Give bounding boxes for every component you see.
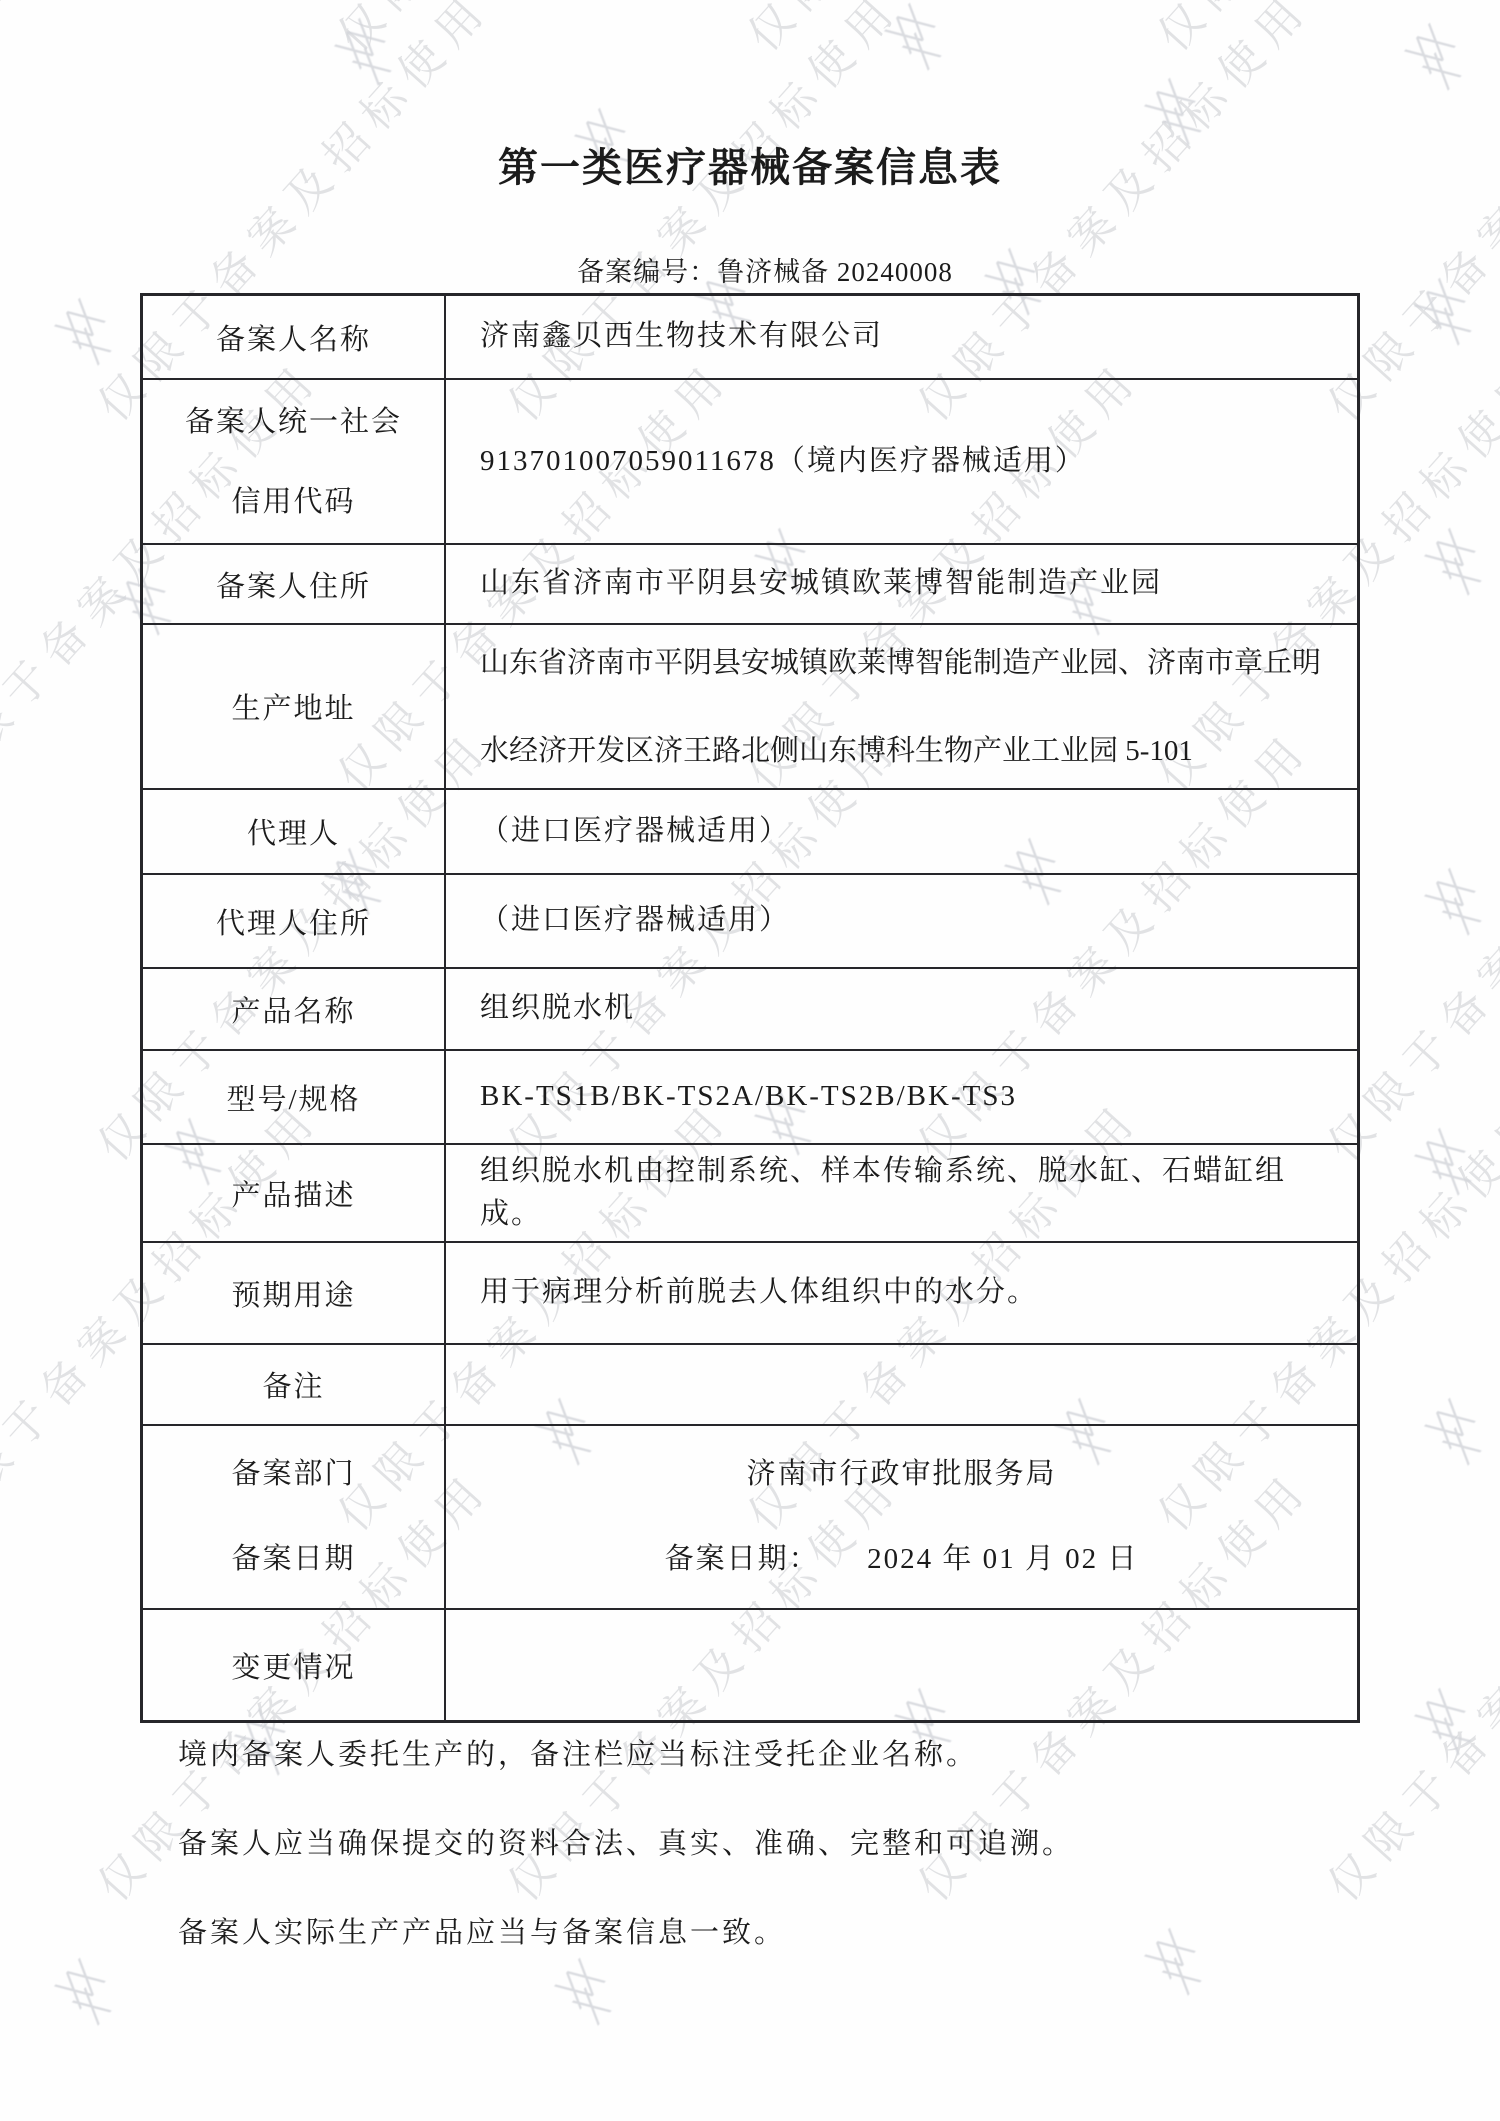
table-row: 型号/规格 BK-TS1B/BK-TS2A/BK-TS2B/BK-TS3 bbox=[143, 1049, 1357, 1143]
table-row: 备案部门 备案日期 济南市行政审批服务局 备案日期： 2024 年 01 月 0… bbox=[143, 1424, 1357, 1608]
watermark-artifact: ╳╳ ╳ bbox=[60, 303, 120, 362]
row-value: 山东省济南市平阴县安城镇欧莱博智能制造产业园 bbox=[446, 545, 1357, 623]
watermark-artifact: ╳╳ ╳ bbox=[890, 8, 950, 67]
filing-date: 备案日期： 2024 年 01 月 02 日 bbox=[665, 1517, 1139, 1602]
table-row: 生产地址 山东省济南市平阴县安城镇欧莱博智能制造产业园、济南市章丘明水经济开发区… bbox=[143, 623, 1357, 788]
row-label: 型号/规格 bbox=[143, 1051, 446, 1143]
table-row: 产品名称 组织脱水机 bbox=[143, 967, 1357, 1049]
row-value: 山东省济南市平阴县安城镇欧莱博智能制造产业园、济南市章丘明水经济开发区济王路北侧… bbox=[446, 625, 1357, 788]
row-value: （进口医疗器械适用） bbox=[446, 790, 1357, 873]
row-value bbox=[446, 1345, 1357, 1424]
watermark-artifact: ╳╳ ╳ bbox=[1420, 1133, 1480, 1192]
table-row: 备案人住所 山东省济南市平阴县安城镇欧莱博智能制造产业园 bbox=[143, 543, 1357, 623]
table-row: 备注 bbox=[143, 1343, 1357, 1424]
row-value bbox=[446, 1610, 1357, 1720]
row-value: 济南市行政审批服务局 备案日期： 2024 年 01 月 02 日 bbox=[446, 1426, 1357, 1608]
row-label: 备案人住所 bbox=[143, 545, 446, 623]
filing-department: 济南市行政审批服务局 bbox=[746, 1432, 1056, 1517]
note: 备案人应当确保提交的资料合法、真实、准确、完整和可追溯。 bbox=[178, 1827, 1378, 1861]
watermark-text: 仅限于备案及招标使用 bbox=[1140, 0, 1500, 63]
row-value: 济南鑫贝西生物技术有限公司 bbox=[446, 296, 1357, 378]
filing-info-table: 备案人名称 济南鑫贝西生物技术有限公司 备案人统一社会 信用代码 9137010… bbox=[140, 293, 1360, 1723]
note: 境内备案人委托生产的，备注栏应当标注受托企业名称。 bbox=[178, 1738, 1378, 1772]
row-value: BK-TS1B/BK-TS2A/BK-TS2B/BK-TS3 bbox=[446, 1051, 1357, 1143]
table-row: 代理人 （进口医疗器械适用） bbox=[143, 788, 1357, 873]
table-row: 预期用途 用于病理分析前脱去人体组织中的水分。 bbox=[143, 1241, 1357, 1343]
row-label: 备案部门 备案日期 bbox=[143, 1426, 446, 1608]
row-label: 备案人名称 bbox=[143, 296, 446, 378]
row-label: 生产地址 bbox=[143, 625, 446, 788]
row-label: 代理人住所 bbox=[143, 875, 446, 967]
document-page: 仅限于备案及招标使用仅限于备案及招标使用仅限于备案及招标使用仅限于备案及招标使用… bbox=[0, 0, 1500, 2121]
row-label: 备案人统一社会 信用代码 bbox=[143, 380, 446, 543]
row-label-line2: 信用代码 bbox=[231, 462, 355, 542]
filing-number-value: 鲁济械备 20240008 bbox=[717, 257, 953, 287]
table-row: 备案人统一社会 信用代码 913701007059011678（境内医疗器械适用… bbox=[143, 378, 1357, 543]
table-row: 变更情况 bbox=[143, 1608, 1357, 1720]
row-label: 变更情况 bbox=[143, 1610, 446, 1720]
row-label-line1: 备案部门 bbox=[231, 1432, 355, 1517]
page-title: 第一类医疗器械备案信息表 bbox=[0, 136, 1500, 193]
watermark-artifact: ╳╳ ╳ bbox=[340, 23, 400, 82]
table-row: 产品描述 组织脱水机由控制系统、样本传输系统、脱水缸、石蜡缸组成。 bbox=[143, 1143, 1357, 1241]
watermark-artifact: ╳╳ ╳ bbox=[1150, 83, 1210, 142]
row-value: 913701007059011678（境内医疗器械适用） bbox=[446, 380, 1357, 543]
watermark-text: 仅限于备案及招标使用 bbox=[320, 0, 742, 63]
row-value: 组织脱水机由控制系统、样本传输系统、脱水缸、石蜡缸组成。 bbox=[446, 1145, 1357, 1241]
row-label: 备注 bbox=[143, 1345, 446, 1424]
row-label: 产品名称 bbox=[143, 969, 446, 1049]
table-row: 备案人名称 济南鑫贝西生物技术有限公司 bbox=[143, 296, 1357, 378]
watermark-artifact: ╳╳ ╳ bbox=[1430, 1403, 1490, 1462]
row-value: 用于病理分析前脱去人体组织中的水分。 bbox=[446, 1243, 1357, 1343]
watermark-text: 仅限于备案及招标使用 bbox=[730, 0, 1152, 63]
watermark-artifact: ╳╳ ╳ bbox=[1430, 533, 1490, 592]
row-value: 组织脱水机 bbox=[446, 969, 1357, 1049]
watermark-artifact: ╳╳ ╳ bbox=[1420, 1693, 1480, 1752]
row-value: （进口医疗器械适用） bbox=[446, 875, 1357, 967]
row-label-line1: 备案人统一社会 bbox=[185, 382, 402, 462]
row-label: 代理人 bbox=[143, 790, 446, 873]
row-label-line2: 备案日期 bbox=[231, 1517, 355, 1602]
row-label: 预期用途 bbox=[143, 1243, 446, 1343]
watermark-artifact: ╳╳ ╳ bbox=[1420, 283, 1480, 342]
filing-number-label: 备案编号： bbox=[577, 257, 717, 287]
note: 备案人实际生产产品应当与备案信息一致。 bbox=[178, 1916, 1378, 1950]
row-label: 产品描述 bbox=[143, 1145, 446, 1241]
watermark-artifact: ╳╳ ╳ bbox=[1410, 28, 1470, 87]
watermark-artifact: ╳╳ ╳ bbox=[1430, 873, 1490, 932]
filing-number: 备案编号：鲁济械备 20240008 bbox=[30, 250, 1500, 289]
footer-notes: 境内备案人委托生产的，备注栏应当标注受托企业名称。 备案人应当确保提交的资料合法… bbox=[178, 1738, 1378, 2005]
table-row: 代理人住所 （进口医疗器械适用） bbox=[143, 873, 1357, 967]
watermark-text: 仅限于备案及招标使用 bbox=[0, 0, 332, 63]
watermark-artifact: ╳╳ ╳ bbox=[60, 1963, 120, 2022]
